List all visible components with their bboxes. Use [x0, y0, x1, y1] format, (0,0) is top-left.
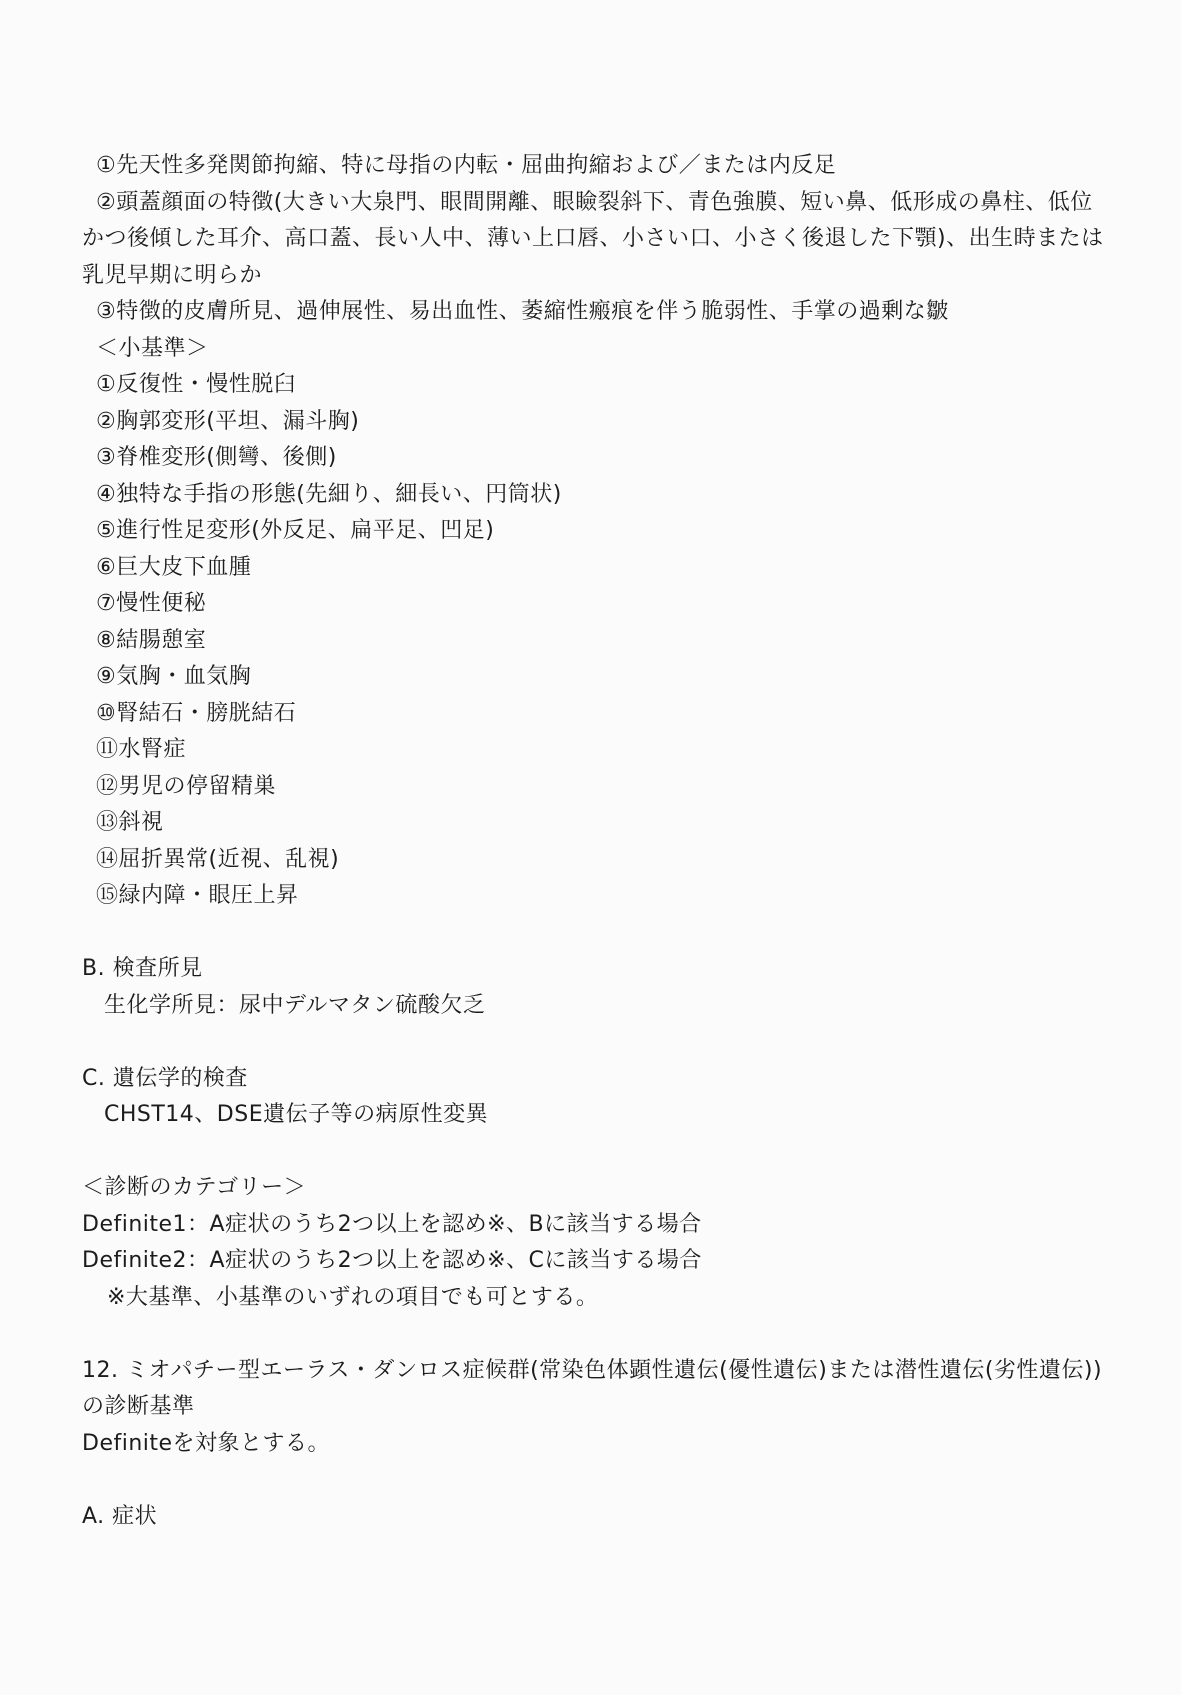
- text-line: ⑭屈折異常(近視、乱視): [82, 842, 1103, 879]
- text-line: ⑪水腎症: [82, 732, 1103, 769]
- text-line: ⑨気胸・血気胸: [82, 659, 1103, 696]
- blank-line: [82, 1024, 1103, 1061]
- text-line: Definite2：A症状のうち2つ以上を認め※、Cに該当する場合: [82, 1243, 1103, 1280]
- text-line: 12. ミオパチー型エーラス・ダンロス症候群(常染色体顕性遺伝(優性遺伝)または…: [82, 1353, 1103, 1390]
- text-line: ③特徴的皮膚所見、過伸展性、易出血性、萎縮性瘢痕を伴う脆弱性、手掌の過剰な皺: [82, 294, 1103, 331]
- text-line: ※大基準、小基準のいずれの項目でも可とする。: [82, 1280, 1103, 1317]
- text-line: C. 遺伝学的検査: [82, 1061, 1103, 1098]
- text-line: A. 症状: [82, 1499, 1103, 1536]
- text-line: ②胸郭変形(平坦、漏斗胸): [82, 404, 1103, 441]
- text-line: ⑫男児の停留精巣: [82, 769, 1103, 806]
- text-line: 乳児早期に明らか: [82, 258, 1103, 295]
- text-line: ①反復性・慢性脱臼: [82, 367, 1103, 404]
- text-line: の診断基準: [82, 1389, 1103, 1426]
- text-line: ⑧結腸憩室: [82, 623, 1103, 660]
- text-line: CHST14、DSE遺伝子等の病原性変異: [82, 1097, 1103, 1134]
- text-line: ⑥巨大皮下血腫: [82, 550, 1103, 587]
- text-line: ②頭蓋顔面の特徴(大きい大泉門、眼間開離、眼瞼裂斜下、青色強膜、短い鼻、低形成の…: [82, 185, 1103, 222]
- blank-line: [82, 1134, 1103, 1171]
- text-line: ⑦慢性便秘: [82, 586, 1103, 623]
- text-line: ＜診断のカテゴリー＞: [82, 1170, 1103, 1207]
- blank-line: [82, 1316, 1103, 1353]
- text-line: ③脊椎変形(側彎、後側): [82, 440, 1103, 477]
- text-line: ⑤進行性足変形(外反足、扁平足、凹足): [82, 513, 1103, 550]
- text-line: ①先天性多発関節拘縮、特に母指の内転・屈曲拘縮および／または内反足: [82, 148, 1103, 185]
- text-line: ④独特な手指の形態(先細り、細長い、円筒状): [82, 477, 1103, 514]
- text-line: ⑩腎結石・膀胱結石: [82, 696, 1103, 733]
- text-line: Definite1：A症状のうち2つ以上を認め※、Bに該当する場合: [82, 1207, 1103, 1244]
- blank-line: [82, 1462, 1103, 1499]
- text-line: B. 検査所見: [82, 951, 1103, 988]
- text-line: ⑬斜視: [82, 805, 1103, 842]
- text-line: Definiteを対象とする。: [82, 1426, 1103, 1463]
- text-line: かつ後傾した耳介、高口蓋、長い人中、薄い上口唇、小さい口、小さく後退した下顎)、…: [82, 221, 1103, 258]
- text-line: ＜小基準＞: [82, 331, 1103, 368]
- text-line: 生化学所見：尿中デルマタン硫酸欠乏: [82, 988, 1103, 1025]
- blank-line: [82, 915, 1103, 952]
- document-page: ①先天性多発関節拘縮、特に母指の内転・屈曲拘縮および／または内反足②頭蓋顔面の特…: [0, 0, 1181, 1695]
- text-line: ⑮緑内障・眼圧上昇: [82, 878, 1103, 915]
